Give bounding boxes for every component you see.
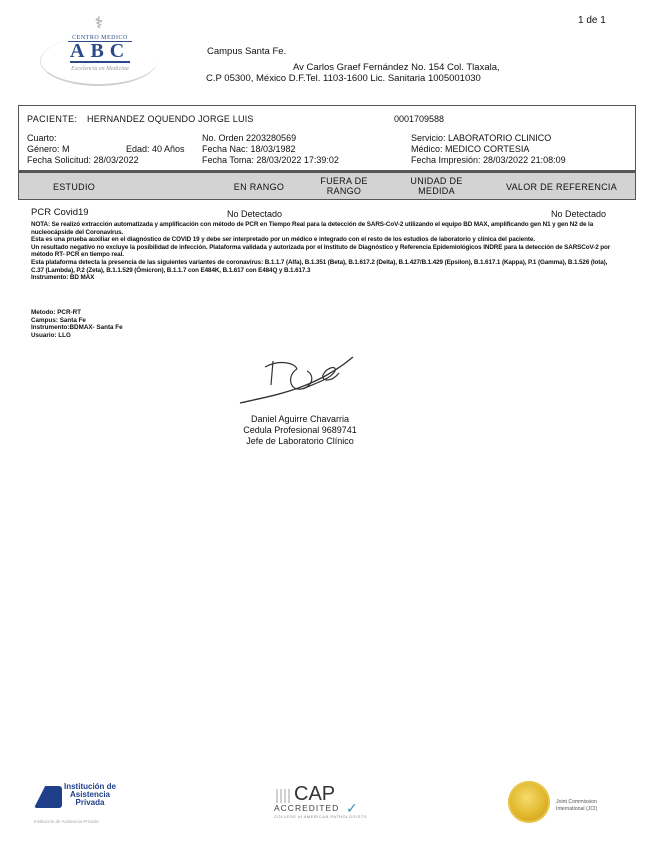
iap-line3: Privada (64, 799, 116, 807)
edad-field: Edad: 40 Años (126, 144, 185, 154)
jci-text: Joint Commission International (JCI) (556, 799, 597, 813)
patient-label: PACIENTE: (27, 114, 77, 124)
iap-subtitle: Institución de Asistencia Privada (34, 819, 99, 824)
iap-name: Institución de Asistencia Privada (64, 783, 116, 807)
iap-mark-icon (34, 786, 62, 808)
header-unidad-line1: UNIDAD DE (389, 176, 484, 186)
result-notes: NOTA: Se realizó extracción automatizada… (31, 221, 621, 282)
fecha-nac-field: Fecha Nac: 18/03/1982 (202, 144, 296, 154)
jci-line2: International (JCI) (556, 806, 597, 813)
row-estudio: PCR Covid19 (31, 207, 89, 218)
address-line-1: Av Carlos Graef Fernández No. 154 Col. T… (293, 62, 500, 73)
fecha-toma-field: Fecha Toma: 28/03/2022 17:39:02 (202, 155, 339, 165)
note-paragraph: Instrumento: BD MAX (31, 274, 621, 282)
logo-name: ABC (70, 41, 130, 63)
meta-metodo: Metodo: PCR-RT (31, 309, 123, 317)
note-paragraph: Esta plataforma detecta la presencia de … (31, 259, 621, 274)
patient-info-box: PACIENTE: HERNANDEZ OQUENDO JORGE LUIS 0… (18, 105, 636, 171)
hospital-logo: ⚕ CENTRO MEDICO ABC Excelencia en Medici… (38, 14, 158, 86)
patient-name: HERNANDEZ OQUENDO JORGE LUIS (87, 114, 254, 124)
row-en-rango: No Detectado (227, 209, 282, 219)
note-paragraph: Esta es una prueba auxiliar en el diagnó… (31, 236, 621, 244)
logo-tagline: Excelencia en Medicina (64, 66, 136, 72)
no-orden-field: No. Orden 2203280569 (202, 133, 296, 143)
header-fuera-line2: RANGO (309, 186, 379, 196)
signature-block: Daniel Aguirre Chavarria Cedula Profesio… (200, 414, 400, 447)
header-en-rango: EN RANGO (219, 182, 299, 192)
cap-dots-icon (276, 789, 290, 803)
header-estudio: ESTUDIO (19, 182, 129, 192)
caduceus-icon: ⚕ (90, 14, 108, 34)
signer-cedula: Cedula Profesional 9689741 (200, 425, 400, 436)
header-unidad-de-medida: UNIDAD DE MEDIDA (389, 176, 484, 196)
signer-name: Daniel Aguirre Chavarria (200, 414, 400, 425)
cap-subtitle: COLLEGE of AMERICAN PATHOLOGISTS (274, 814, 367, 819)
fecha-impresion-field: Fecha Impresión: 28/03/2022 21:08:09 (411, 155, 566, 165)
medico-field: Médico: MEDICO CORTESIA (411, 144, 529, 154)
genero-field: Género: M (27, 144, 70, 154)
campus-name: Campus Santa Fe. (207, 46, 286, 57)
meta-usuario: Usuario: LLG (31, 332, 123, 340)
header-fuera-line1: FUERA DE (309, 176, 379, 186)
page-indicator: 1 de 1 (578, 15, 606, 26)
patient-id: 0001709588 (394, 114, 444, 124)
signer-title: Jefe de Laboratorio Clínico (200, 436, 400, 447)
jci-line1: Joint Commission (556, 799, 597, 806)
note-paragraph: NOTA: Se realizó extracción automatizada… (31, 221, 621, 236)
results-table-header: ESTUDIO EN RANGO FUERA DE RANGO UNIDAD D… (18, 171, 636, 200)
handwritten-signature-icon (235, 355, 365, 410)
checkmark-icon: ✓ (346, 801, 358, 815)
note-paragraph: Un resultado negativo no excluye la posi… (31, 244, 621, 259)
meta-campus: Campus: Santa Fe (31, 317, 123, 325)
iap-logo: Institución de Asistencia Privada Instit… (30, 781, 140, 827)
cuarto-field: Cuarto: (27, 133, 57, 143)
fecha-solicitud-field: Fecha Solicitud: 28/03/2022 (27, 155, 139, 165)
jci-gold-seal-icon (508, 781, 550, 823)
address-line-2: C.P 05300, México D.F.Tel. 1103-1600 Lic… (206, 73, 481, 84)
cap-accredited-text: ACCREDITED (274, 803, 339, 813)
cap-name: CAP (294, 783, 335, 805)
cap-accredited-logo: CAP ACCREDITED ✓ COLLEGE of AMERICAN PAT… (272, 783, 372, 823)
servicio-field: Servicio: LABORATORIO CLINICO (411, 133, 551, 143)
header-fuera-de-rango: FUERA DE RANGO (309, 176, 379, 196)
row-referencia: No Detectado (551, 209, 606, 219)
header-unidad-line2: MEDIDA (389, 186, 484, 196)
meta-instrumento: Instrumento:BDMAX- Santa Fe (31, 324, 123, 332)
jci-logo: Joint Commission International (JCI) (508, 781, 628, 827)
header-valor-referencia: VALOR DE REFERENCIA (489, 182, 634, 192)
method-meta: Metodo: PCR-RT Campus: Santa Fe Instrume… (31, 309, 123, 339)
